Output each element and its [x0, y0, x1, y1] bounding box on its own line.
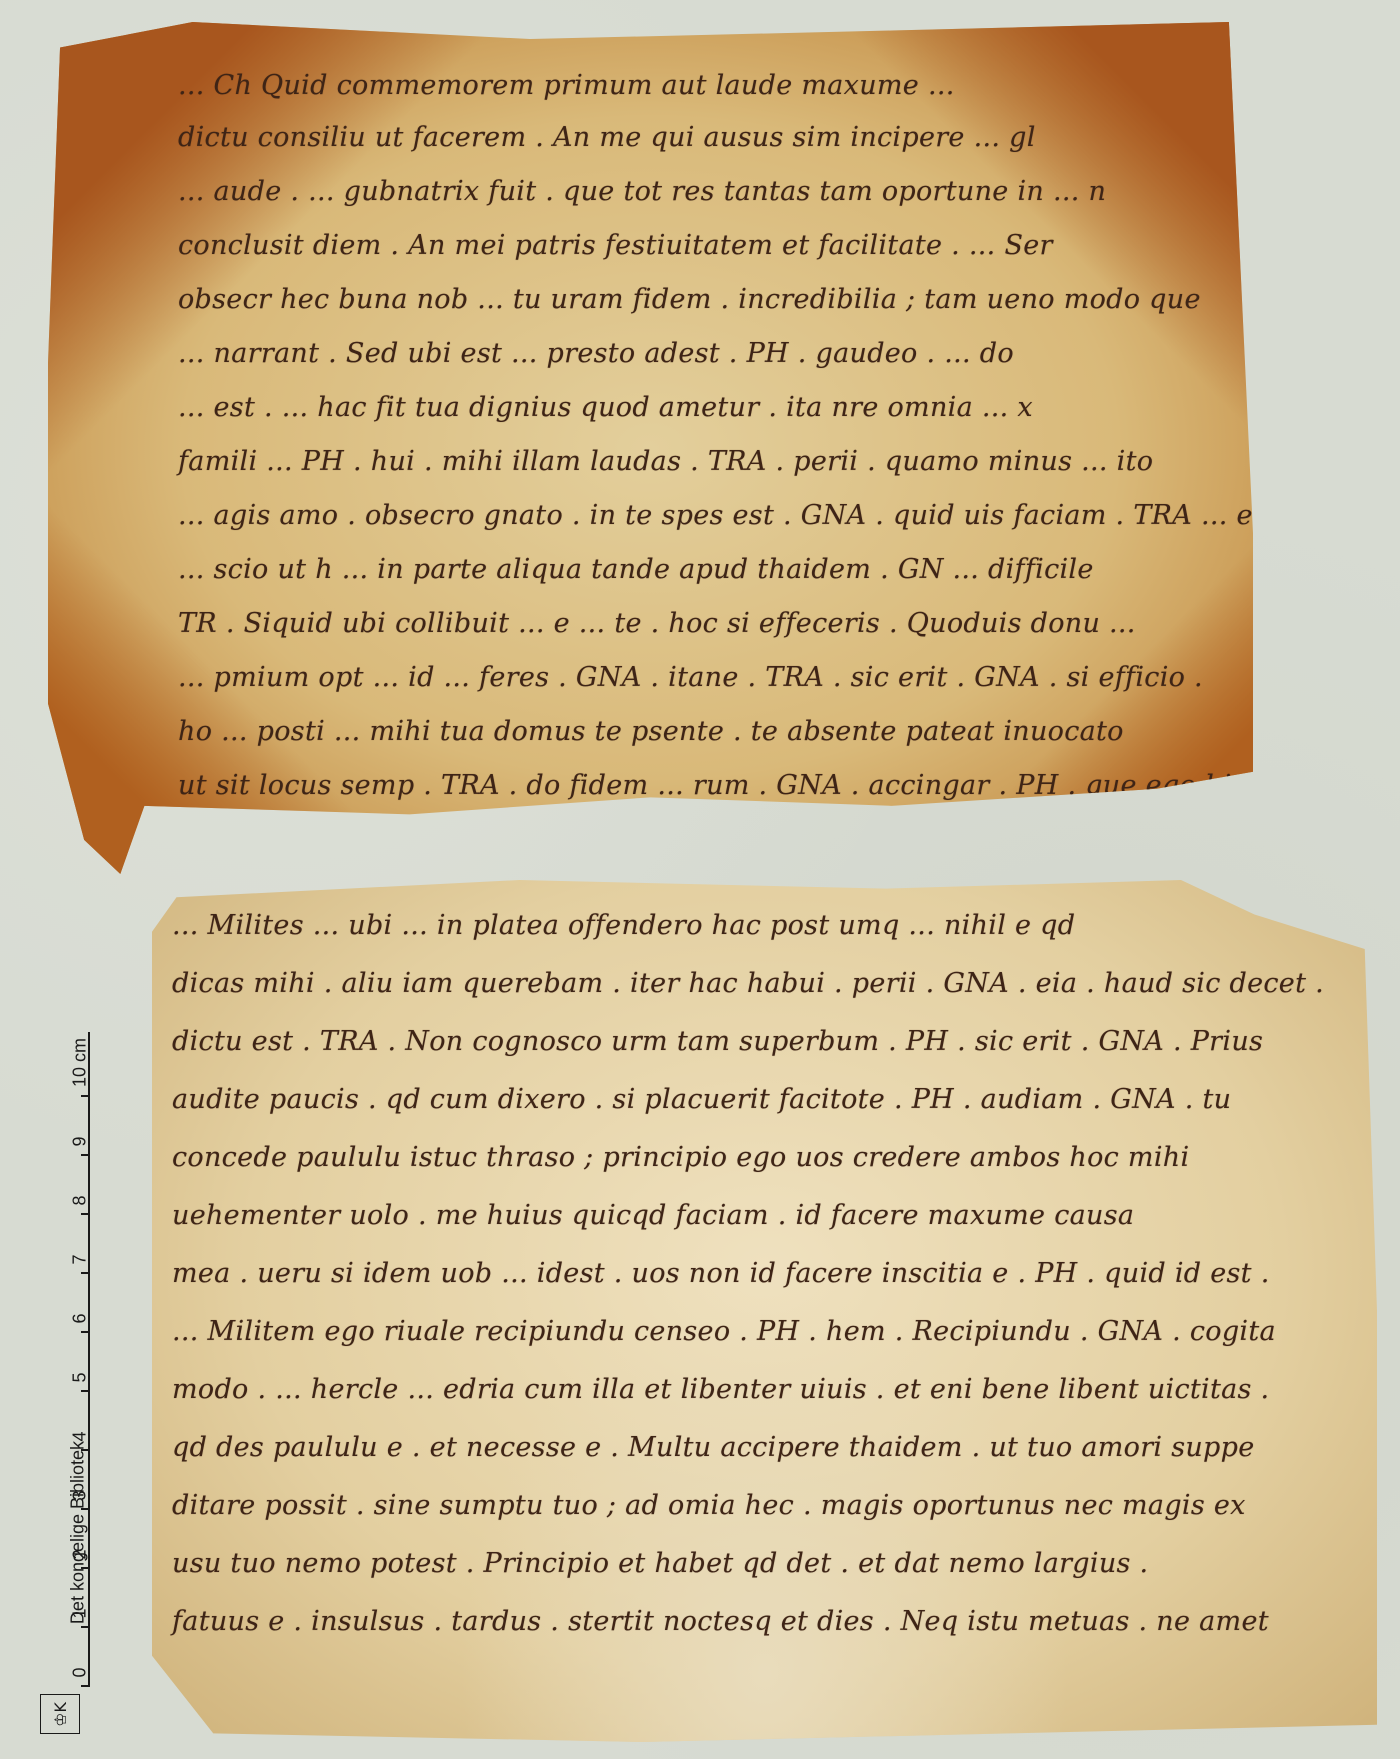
- ms-line: dictu est . TRA . Non cognosco urm tam s…: [172, 1026, 1263, 1057]
- ms-line: uehementer uolo . me huius quicqd faciam…: [172, 1200, 1134, 1231]
- ms-line: ... pmium opt ... id ... feres . GNA . i…: [178, 662, 1203, 693]
- scale-label: 8: [70, 1181, 91, 1221]
- ms-line: modo . ... hercle ... edria cum illa et …: [172, 1374, 1269, 1405]
- scale-tick: [81, 1095, 90, 1097]
- ms-line: audio ... salutem . PH . ... nescis . ..…: [178, 812, 554, 836]
- scale-label: 7: [70, 1240, 91, 1280]
- ms-line: dictu consiliu ut facerem . An me qui au…: [178, 122, 1036, 153]
- ms-line: ... Militem ego riuale recipiundu censeo…: [172, 1316, 1276, 1347]
- ms-line: audite paucis . qd cum dixero . si placu…: [172, 1084, 1231, 1115]
- ms-line: ut sit locus semp . TRA . do fidem ... r…: [178, 770, 1247, 801]
- kb-crown-logo-icon: ♔K: [40, 1694, 80, 1734]
- scale-label: 5: [70, 1358, 91, 1398]
- ms-line: obsecr hec buna nob ... tu uram fidem . …: [178, 284, 1201, 315]
- scale-label: 0: [70, 1653, 91, 1693]
- ms-line: ditare possit . sine sumptu tuo ; ad omi…: [172, 1490, 1246, 1521]
- ms-line: PH . curte ...: [178, 848, 311, 872]
- ms-line: ... Ch Quid commemorem primum aut laude …: [178, 70, 955, 101]
- manuscript-fragment-bottom: ... Milites ... ubi ... in platea offend…: [152, 880, 1377, 1742]
- ms-line: ... agis amo . obsecro gnato . in te spe…: [178, 500, 1253, 531]
- scale-label: 6: [70, 1299, 91, 1339]
- ms-line: usu tuo nemo potest . Principio et habet…: [172, 1548, 1148, 1579]
- ms-line: ... Milites ... ubi ... in platea offend…: [172, 910, 1075, 941]
- scale-label: 10 cm: [70, 1033, 91, 1093]
- ms-line: concede paululu istuc thraso ; principio…: [172, 1142, 1189, 1173]
- ms-line: ... narrant . Sed ubi est ... presto ade…: [178, 338, 1014, 369]
- ms-line: ... aude . ... gubnatrix fuit . que tot …: [178, 176, 1106, 207]
- ms-line: qd des paululu e . et necesse e . Multu …: [172, 1432, 1255, 1463]
- ms-line: mea . ueru si idem uob ... idest . uos n…: [172, 1258, 1270, 1289]
- ms-line: ... est . ... hac fit tua dignius quod a…: [178, 392, 1033, 423]
- ms-line: fatuus e . insulsus . tardus . stertit n…: [172, 1606, 1269, 1637]
- ms-line: ... scio ut h ... in parte aliqua tande …: [178, 554, 1094, 585]
- manuscript-fragment-top: ... Ch Quid commemorem primum aut laude …: [48, 22, 1253, 874]
- ms-line: ho ... posti ... mihi tua domus te psent…: [178, 716, 1124, 747]
- ms-line: conclusit diem . An mei patris festiuita…: [178, 230, 1053, 261]
- scale-label: 9: [70, 1122, 91, 1162]
- scale-bar: 0 1 2 3 4 5 6 7 8 9 10 cm Det kongelige …: [38, 1032, 84, 1732]
- ms-line: TR . Siquid ubi collibuit ... e ... te .…: [178, 608, 1136, 639]
- ms-line: dicas mihi . aliu iam querebam . iter ha…: [172, 968, 1324, 999]
- ms-line: famili ... PH . hui . mihi illam laudas …: [178, 446, 1153, 477]
- institution-label: Det kongelige Bibliotek: [68, 1423, 89, 1643]
